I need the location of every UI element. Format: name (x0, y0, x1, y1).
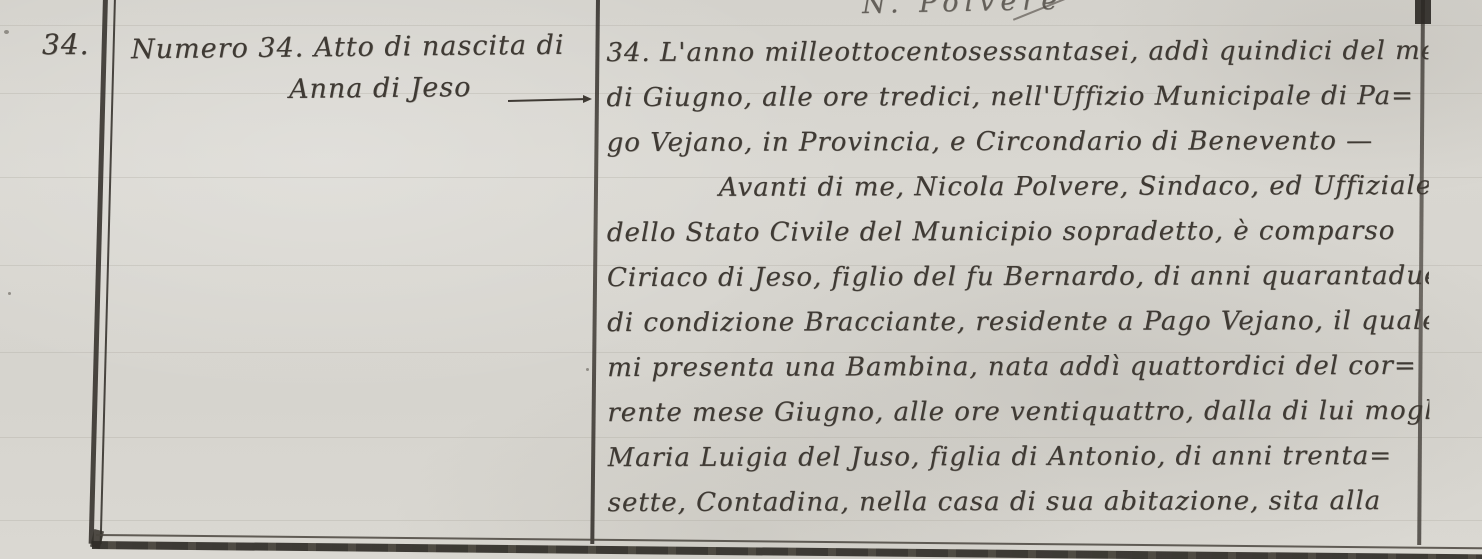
act-line: dello Stato Civile del Municipio soprade… (607, 209, 1429, 256)
act-text-column: 34. L'anno milleottocentosessantasei, ad… (606, 29, 1429, 526)
act-line: Maria Luigia del Juso, figlia di Antonio… (607, 434, 1429, 481)
annotation-act-title: Numero 34. Atto di nascita di (131, 30, 565, 66)
act-line: Ciriaco di Jeso, figlio del fu Bernardo,… (607, 254, 1429, 301)
scanned-register-page: 34. Numero 34. Atto di nascita di Anna d… (0, 0, 1482, 559)
act-line: Avanti di me, Nicola Polvere, Sindaco, e… (607, 164, 1429, 211)
dash-shaft (508, 98, 588, 102)
column-divider-rule (590, 0, 600, 544)
annotation-child-name: Anna di Jeso (289, 72, 472, 105)
act-line: rente mese Giugno, alle ore ventiquattro… (607, 389, 1429, 436)
ink-speck (4, 30, 9, 34)
right-border-cap (1415, 0, 1431, 24)
act-line: di Giugno, alle ore tredici, nell'Uffizi… (606, 74, 1428, 121)
ledger-line (0, 25, 1482, 26)
act-line: sette, Contadina, nella casa di sua abit… (608, 479, 1430, 526)
act-line: go Vejano, in Provincia, e Circondario d… (607, 119, 1429, 166)
long-dash-arrow-icon (508, 96, 592, 106)
ink-speck (586, 368, 589, 371)
act-line: mi presenta una Bambina, nata addì quatt… (607, 344, 1429, 391)
act-line: 34. L'anno milleottocentosessantasei, ad… (606, 29, 1428, 76)
left-column-border (89, 0, 116, 544)
bottom-border-thick (92, 541, 1482, 559)
ink-speck (8, 292, 11, 295)
margin-entry-number: 34. (42, 28, 90, 61)
dash-arrowhead (583, 95, 592, 103)
act-line: di condizione Bracciante, residente a Pa… (607, 299, 1429, 346)
